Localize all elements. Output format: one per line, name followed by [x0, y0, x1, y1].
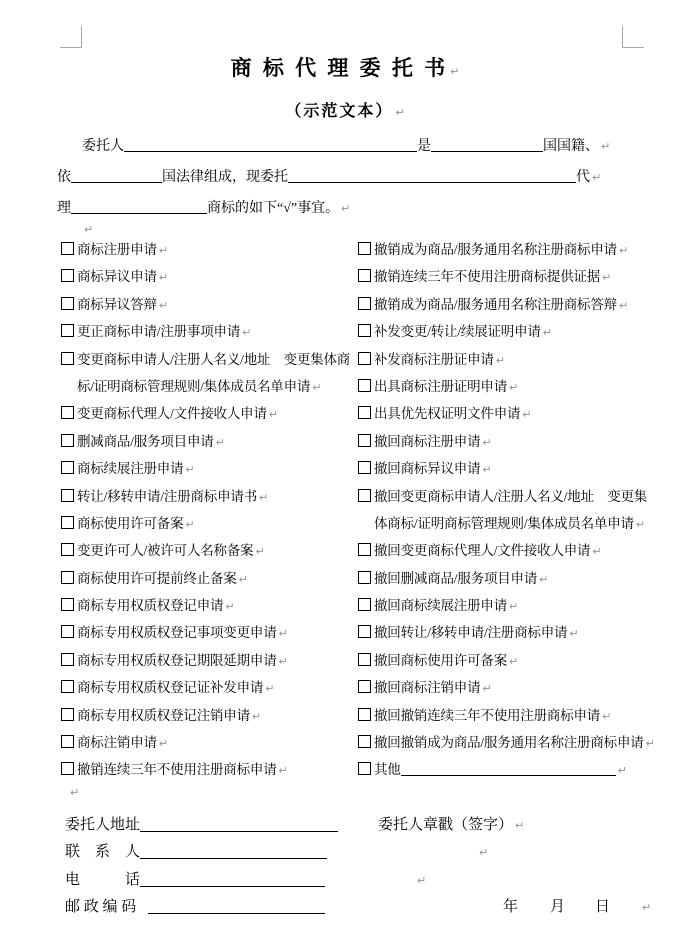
checkbox[interactable] — [61, 406, 74, 419]
checkbox[interactable] — [358, 708, 371, 721]
checklist-item-label: 体商标/证明商标管理规则/集体成员名单申请 — [374, 516, 634, 531]
checklist-item-label: 撤回商标异议申请 — [374, 461, 480, 476]
checklist-item: 商标专用权质权登记事项变更申请↵ — [61, 619, 358, 646]
intro-text: 商标的如下“√”事宜。 — [207, 201, 339, 216]
checklist-item-label: 撤回商标注册申请 — [374, 434, 480, 449]
checklist-item-label: 出具优先权证明文件申请 — [374, 406, 520, 421]
checklist-column-left: 商标注册申请↵商标异议申请↵商标异议答辩↵更正商标申请/注册事项申请↵变更商标申… — [61, 236, 358, 784]
checklist-item: 撤回变更商标申请人/注册人名义/地址 变更集 — [358, 483, 690, 510]
checklist-item: 商标使用许可提前终止备案↵ — [61, 565, 358, 592]
paragraph-mark-icon: ↵ — [522, 408, 531, 421]
paragraph-mark-icon: ↵ — [619, 244, 628, 257]
document-page: 商 标 代 理 委 托 书↵ （示范文本）↵ 委托人是国国籍、↵依国法律组成，现… — [0, 0, 690, 947]
checklist-item: 体商标/证明商标管理规则/集体成员名单申请↵ — [358, 510, 690, 537]
paragraph-mark-icon: ↵ — [619, 299, 628, 312]
intro-line: 依国法律组成，现委托代↵ — [57, 162, 690, 193]
paragraph-mark-icon: ↵ — [185, 518, 194, 531]
footer-row-phone: 电 话 ↵ — [65, 867, 690, 895]
fill-in-blank[interactable] — [401, 761, 616, 776]
checkbox[interactable] — [358, 598, 371, 611]
checkbox[interactable] — [61, 461, 74, 474]
paragraph-mark-icon: ↵ — [259, 491, 268, 504]
checkbox[interactable] — [61, 352, 74, 365]
paragraph-mark-icon: ↵ — [642, 894, 651, 922]
paragraph-mark-icon: ↵ — [482, 463, 491, 476]
paragraph-mark-icon: ↵ — [450, 65, 459, 78]
intro-section: 委托人是国国籍、↵依国法律组成，现委托代↵理商标的如下“√”事宜。↵↵ — [57, 131, 690, 236]
fill-in-blank[interactable] — [288, 168, 576, 183]
paragraph-mark-icon: ↵ — [592, 545, 601, 558]
checklist-item-label: 其他 — [374, 762, 401, 777]
contact-person-label: 联 系 人 — [65, 844, 140, 860]
page-subtitle-text: （示范文本） — [285, 103, 393, 120]
checkbox[interactable] — [358, 406, 371, 419]
paragraph-mark-icon: ↵ — [509, 600, 518, 613]
paragraph-mark-icon: ↵ — [543, 326, 552, 339]
paragraph-mark-icon: ↵ — [252, 710, 261, 723]
checklist-column-right: 撤销成为商品/服务通用名称注册商标申请↵撤销连续三年不使用注册商标提供证据↵撤销… — [358, 236, 690, 784]
checklist-item: 商标异议申请↵ — [61, 263, 358, 290]
paragraph-mark-icon: ↵ — [265, 682, 274, 695]
date-month-label: 月 — [550, 894, 565, 922]
checklist-item: 商标专用权质权登记申请↵ — [61, 592, 358, 619]
paragraph-mark-icon: ↵ — [279, 627, 288, 640]
footer-section: 委托人地址 委托人章戳（签字）↵ 联 系 人 ↵ 电 话 ↵ 邮 政 编 码 年… — [65, 812, 690, 922]
paragraph-mark-icon: ↵ — [515, 819, 524, 832]
intro-line: 委托人是国国籍、↵ — [57, 131, 690, 162]
paragraph-mark-icon: ↵ — [84, 223, 93, 236]
checklist-item-label: 撤回商标续展注册申请 — [374, 598, 507, 613]
checklist-item: 商标专用权质权登记注销申请↵ — [61, 702, 358, 729]
address-fill-in-blank[interactable] — [140, 817, 338, 832]
checkbox[interactable] — [61, 625, 74, 638]
date-day-label: 日 — [595, 894, 610, 922]
checkbox[interactable] — [61, 489, 74, 502]
checklist-item-label: 商标注销申请 — [77, 735, 157, 750]
paragraph-mark-icon: ↵ — [341, 202, 350, 215]
checkbox[interactable] — [358, 762, 371, 775]
checkbox[interactable] — [61, 680, 74, 693]
checkbox[interactable] — [358, 625, 371, 638]
checklist-item: 变更商标代理人/文件接收人申请↵ — [61, 400, 358, 427]
paragraph-mark-icon: ↵ — [496, 354, 505, 367]
checkbox[interactable] — [358, 680, 371, 693]
checklist-item: 撤销成为商品/服务通用名称注册商标申请↵ — [358, 236, 690, 263]
checklist-item-label: 商标专用权质权登记证补发申请 — [77, 680, 263, 695]
paragraph-mark-icon: ↵ — [618, 764, 627, 777]
checkbox[interactable] — [358, 434, 371, 447]
phone-fill-in-blank[interactable] — [140, 872, 325, 887]
paragraph-mark-icon: ↵ — [417, 867, 426, 895]
paragraph-mark-icon: ↵ — [216, 436, 225, 449]
checklist-item: 撤销连续三年不使用注册商标提供证据↵ — [358, 263, 690, 290]
paragraph-mark-icon: ↵ — [312, 381, 321, 394]
checklist-item-label: 变更许可人/被许可人名称备案 — [77, 543, 253, 558]
checkbox[interactable] — [358, 571, 371, 584]
empty-paragraph-line: ↵ — [68, 784, 690, 800]
checklist-item-label: 变更商标申请人/注册人名义/地址 变更集体商 — [77, 352, 350, 367]
checklist-item: 撤回商标注册申请↵ — [358, 428, 690, 455]
checklist-item: 商标专用权质权登记期限延期申请↵ — [61, 647, 358, 674]
checklist-item: 商标专用权质权登记证补发申请↵ — [61, 674, 358, 701]
page-title-text: 商 标 代 理 委 托 书 — [231, 56, 449, 80]
footer-row-postcode: 邮 政 编 码 年 月 日 ↵ — [65, 894, 690, 922]
contact-person-fill-in-blank[interactable] — [140, 844, 327, 859]
checkbox[interactable] — [61, 297, 74, 310]
checklist-item: 变更商标申请人/注册人名义/地址 变更集体商 — [61, 346, 358, 373]
intro-text: 国法律组成，现委托 — [162, 170, 288, 185]
paragraph-mark-icon: ↵ — [602, 710, 611, 723]
paragraph-mark-icon: ↵ — [70, 786, 79, 799]
checklist-item: 出具优先权证明文件申请↵ — [358, 400, 690, 427]
paragraph-mark-icon: ↵ — [159, 299, 168, 312]
checkbox[interactable] — [61, 571, 74, 584]
paragraph-mark-icon: ↵ — [279, 655, 288, 668]
checkbox[interactable] — [358, 461, 371, 474]
checkbox[interactable] — [358, 735, 371, 748]
checklist-item-label: 撤回变更商标申请人/注册人名义/地址 变更集 — [374, 489, 647, 504]
checklist-item: 撤回商标使用许可备案↵ — [358, 647, 690, 674]
paragraph-mark-icon: ↵ — [255, 545, 264, 558]
checklist-item-label: 商标注册申请 — [77, 242, 157, 257]
intro-text: 依 — [57, 170, 71, 185]
paragraph-mark-icon: ↵ — [482, 436, 491, 449]
paragraph-mark-icon: ↵ — [242, 326, 251, 339]
fill-in-blank[interactable] — [431, 137, 543, 152]
checkbox[interactable] — [358, 269, 371, 282]
checklist-item-label: 撤回转让/移转申请/注册商标申请 — [374, 625, 567, 640]
checklist-item: 商标续展注册申请↵ — [61, 455, 358, 482]
checkbox[interactable] — [61, 516, 74, 529]
intro-text: 国国籍、 — [543, 139, 599, 154]
checkbox[interactable] — [61, 434, 74, 447]
checklist-item-label: 撤回商标注销申请 — [374, 680, 480, 695]
intro-text: 理 — [57, 201, 71, 216]
margin-corner-mark-top-left — [60, 26, 82, 48]
checklist-item-label: 删减商品/服务项目申请 — [77, 434, 214, 449]
paragraph-mark-icon: ↵ — [159, 244, 168, 257]
checklist-item: 转让/移转申请/注册商标申请书↵ — [61, 483, 358, 510]
checklist-item-label: 商标专用权质权登记期限延期申请 — [77, 653, 277, 668]
paragraph-mark-icon: ↵ — [569, 627, 578, 640]
checkbox[interactable] — [61, 543, 74, 556]
paragraph-mark-icon: ↵ — [602, 271, 611, 284]
checkbox[interactable] — [358, 543, 371, 556]
checkbox[interactable] — [358, 242, 371, 255]
checklist-item: 商标使用许可备案↵ — [61, 510, 358, 537]
checklist-item-label: 撤回商标使用许可备案 — [374, 653, 507, 668]
page-title: 商 标 代 理 委 托 书↵ — [0, 0, 690, 85]
intro-text: 代 — [576, 170, 590, 185]
checklist-item-label: 出具商标注册证明申请 — [374, 379, 507, 394]
checkbox[interactable] — [61, 708, 74, 721]
paragraph-mark-icon: ↵ — [269, 408, 278, 421]
fill-in-blank[interactable] — [124, 137, 417, 152]
checklist-item: 撤回商标续展注册申请↵ — [358, 592, 690, 619]
intro-text: 是 — [417, 139, 431, 154]
checkbox[interactable] — [61, 242, 74, 255]
checklist-item-label: 撤回撤销成为商品/服务通用名称注册商标申请 — [374, 735, 644, 750]
checklist-item: 撤回删减商品/服务项目申请↵ — [358, 565, 690, 592]
stamp-signature-area: 委托人章戳（签字）↵ — [378, 812, 524, 840]
postcode-fill-in-blank[interactable] — [148, 899, 325, 914]
checklist-item: 撤回撤销成为商品/服务通用名称注册商标申请↵ — [358, 729, 690, 756]
intro-line: ↵ — [57, 224, 690, 236]
checklist-item: 撤回变更商标代理人/文件接收人申请↵ — [358, 537, 690, 564]
checklist-item-label: 标/证明商标管理规则/集体成员名单申请 — [77, 379, 310, 394]
paragraph-mark-icon: ↵ — [636, 518, 645, 531]
paragraph-mark-icon: ↵ — [539, 573, 548, 586]
checklist-section: 商标注册申请↵商标异议申请↵商标异议答辩↵更正商标申请/注册事项申请↵变更商标申… — [61, 236, 690, 784]
checkbox[interactable] — [358, 324, 371, 337]
stamp-signature-label: 委托人章戳（签字） — [378, 817, 513, 833]
checklist-item: 标/证明商标管理规则/集体成员名单申请↵ — [61, 373, 358, 400]
checklist-item: 撤回撤销连续三年不使用注册商标申请↵ — [358, 702, 690, 729]
checklist-item-label: 商标专用权质权登记注销申请 — [77, 708, 250, 723]
checklist-item-label: 补发商标注册证申请 — [374, 352, 494, 367]
checklist-item: 撤销成为商品/服务通用名称注册商标答辩↵ — [358, 291, 690, 318]
paragraph-mark-icon: ↵ — [479, 839, 488, 867]
margin-corner-mark-top-right — [622, 26, 644, 48]
checklist-item: 撤回转让/移转申请/注册商标申请↵ — [358, 619, 690, 646]
checklist-item-label: 撤销成为商品/服务通用名称注册商标答辩 — [374, 297, 617, 312]
checklist-item-label: 撤销连续三年不使用注册商标申请 — [77, 762, 277, 777]
checklist-item: 删减商品/服务项目申请↵ — [61, 428, 358, 455]
paragraph-mark-icon: ↵ — [509, 655, 518, 668]
checklist-item: 撤销连续三年不使用注册商标申请↵ — [61, 756, 358, 783]
phone-label: 电 话 — [65, 872, 140, 888]
paragraph-mark-icon: ↵ — [601, 140, 610, 153]
checklist-item-label: 撤回变更商标代理人/文件接收人申请 — [374, 543, 590, 558]
checklist-item: 商标异议答辩↵ — [61, 291, 358, 318]
checklist-item: 补发商标注册证申请↵ — [358, 346, 690, 373]
checklist-item: 商标注册申请↵ — [61, 236, 358, 263]
fill-in-blank[interactable] — [71, 168, 162, 183]
checklist-item-label: 撤回撤销连续三年不使用注册商标申请 — [374, 708, 600, 723]
checkbox[interactable] — [358, 379, 371, 392]
paragraph-mark-icon: ↵ — [159, 271, 168, 284]
paragraph-mark-icon: ↵ — [225, 600, 234, 613]
date-year-label: 年 — [503, 894, 518, 922]
checklist-item-label: 商标续展注册申请 — [77, 461, 183, 476]
checklist-item: 更正商标申请/注册事项申请↵ — [61, 318, 358, 345]
paragraph-mark-icon: ↵ — [239, 573, 248, 586]
paragraph-mark-icon: ↵ — [279, 764, 288, 777]
checkbox[interactable] — [61, 324, 74, 337]
paragraph-mark-icon: ↵ — [185, 463, 194, 476]
checklist-item: 撤回商标异议申请↵ — [358, 455, 690, 482]
checklist-item-label: 撤回删减商品/服务项目申请 — [374, 571, 537, 586]
checklist-item-label: 商标专用权质权登记申请 — [77, 598, 223, 613]
fill-in-blank[interactable] — [71, 199, 207, 214]
checklist-item: 补发变更/转让/续展证明申请↵ — [358, 318, 690, 345]
paragraph-mark-icon: ↵ — [592, 171, 601, 184]
checklist-item-label: 撤销成为商品/服务通用名称注册商标申请 — [374, 242, 617, 257]
checklist-item: 出具商标注册证明申请↵ — [358, 373, 690, 400]
intro-text: 委托人 — [82, 139, 124, 154]
checklist-item-label: 转让/移转申请/注册商标申请书 — [77, 489, 257, 504]
paragraph-mark-icon: ↵ — [159, 737, 168, 750]
paragraph-mark-icon: ↵ — [646, 737, 655, 750]
checkbox[interactable] — [61, 653, 74, 666]
checklist-item-label: 撤销连续三年不使用注册商标提供证据 — [374, 269, 600, 284]
checkbox[interactable] — [61, 598, 74, 611]
checklist-item-label: 更正商标申请/注册事项申请 — [77, 324, 240, 339]
checkbox[interactable] — [358, 489, 371, 502]
paragraph-mark-icon: ↵ — [395, 106, 404, 119]
checkbox[interactable] — [61, 735, 74, 748]
checkbox[interactable] — [61, 762, 74, 775]
checklist-item-label: 商标异议答辩 — [77, 297, 157, 312]
paragraph-mark-icon: ↵ — [509, 381, 518, 394]
checklist-item: 其他↵ — [358, 756, 690, 783]
checklist-item-label: 商标使用许可备案 — [77, 516, 183, 531]
postcode-label: 邮 政 编 码 — [65, 899, 136, 915]
checklist-item: 变更许可人/被许可人名称备案↵ — [61, 537, 358, 564]
page-subtitle: （示范文本）↵ — [0, 101, 690, 123]
checkbox[interactable] — [358, 653, 371, 666]
checkbox[interactable] — [358, 352, 371, 365]
checklist-item: 撤回商标注销申请↵ — [358, 674, 690, 701]
checklist-item: 商标注销申请↵ — [61, 729, 358, 756]
footer-row-contact: 联 系 人 ↵ — [65, 839, 690, 867]
checklist-item-label: 商标使用许可提前终止备案 — [77, 571, 237, 586]
footer-row-address: 委托人地址 委托人章戳（签字）↵ — [65, 812, 690, 840]
intro-line: 理商标的如下“√”事宜。↵ — [57, 193, 690, 224]
checklist-item-label: 商标专用权质权登记事项变更申请 — [77, 625, 277, 640]
checklist-item-label: 变更商标代理人/文件接收人申请 — [77, 406, 267, 421]
checkbox[interactable] — [61, 269, 74, 282]
paragraph-mark-icon: ↵ — [482, 682, 491, 695]
checkbox[interactable] — [358, 297, 371, 310]
address-label: 委托人地址 — [65, 817, 140, 833]
checklist-item-label: 补发变更/转让/续展证明申请 — [374, 324, 541, 339]
checklist-item-label: 商标异议申请 — [77, 269, 157, 284]
